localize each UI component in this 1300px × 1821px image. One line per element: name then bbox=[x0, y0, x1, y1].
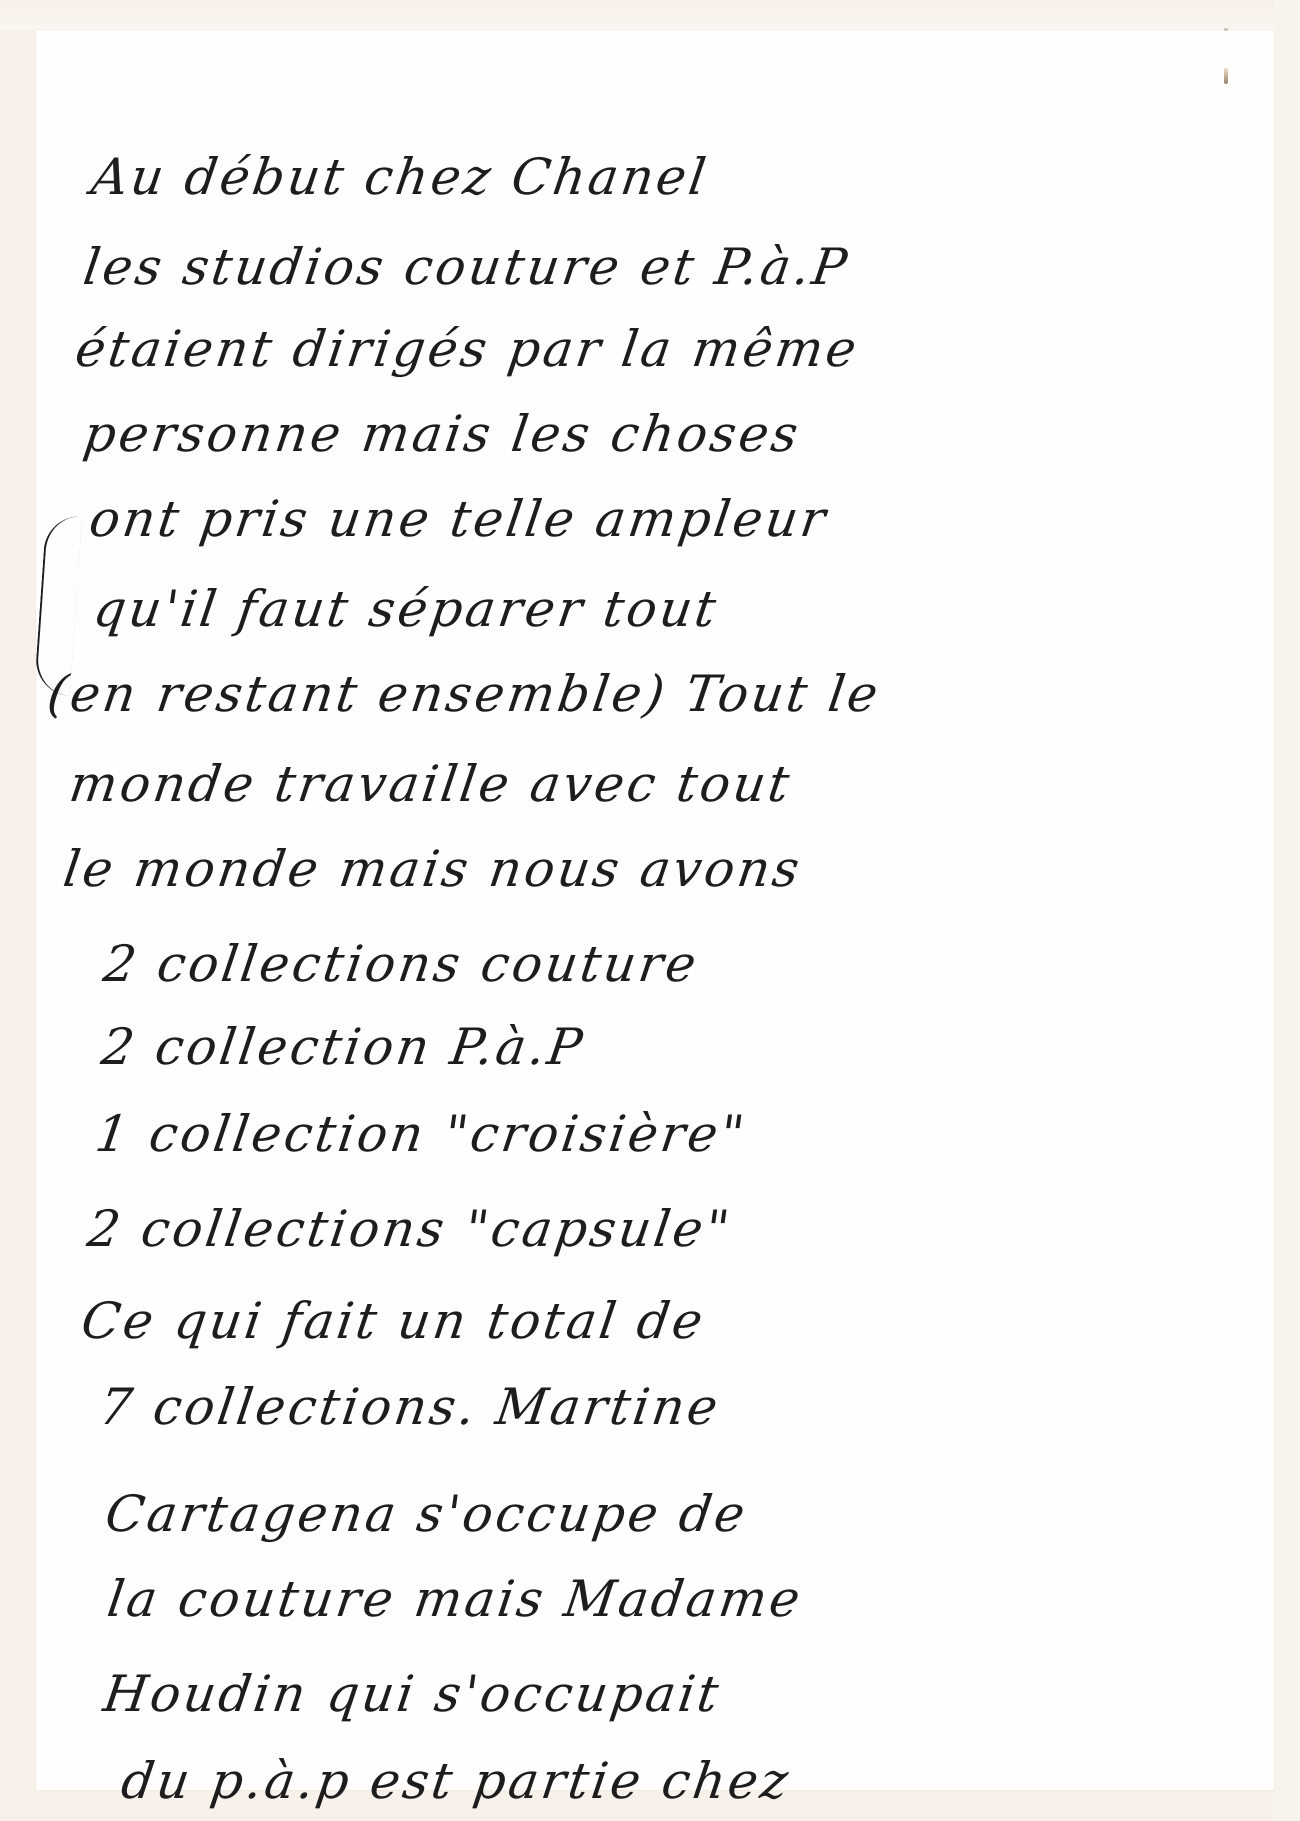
paper-top-edge bbox=[0, 0, 1300, 30]
text-line-9: le monde mais nous avons bbox=[60, 840, 806, 898]
text-line-17: la couture mais Madame bbox=[104, 1570, 806, 1628]
paper-speck-top bbox=[1224, 28, 1228, 31]
text-line-3: étaient dirigés par la même bbox=[72, 320, 863, 378]
list-item-croisiere: 1 collection "croisière" bbox=[92, 1105, 751, 1163]
list-item-couture: 2 collections couture bbox=[100, 935, 703, 993]
text-line-2: les studios couture et P.à.P bbox=[80, 238, 853, 296]
text-line-8: monde travaille avec tout bbox=[66, 755, 796, 813]
text-line-18: Houdin qui s'occupait bbox=[100, 1665, 725, 1723]
text-line-16: Cartagena s'occupe de bbox=[102, 1485, 751, 1543]
text-line-4: personne mais les choses bbox=[80, 405, 804, 463]
text-line-6: qu'il faut séparer tout bbox=[90, 580, 722, 638]
text-line-14: Ce qui fait un total de bbox=[78, 1292, 709, 1350]
text-line-1: Au début chez Chanel bbox=[88, 148, 712, 206]
text-line-5: ont pris une telle ampleur bbox=[86, 490, 832, 548]
paper-stain-mark bbox=[1224, 68, 1228, 84]
paper-right-edge bbox=[1274, 0, 1300, 1821]
text-line-7: (en restant ensemble) Tout le bbox=[44, 665, 884, 723]
text-line-19: du p.à.p est partie chez bbox=[118, 1752, 794, 1810]
text-line-15: 7 collections. Martine bbox=[96, 1378, 724, 1436]
list-item-capsule: 2 collections "capsule" bbox=[84, 1200, 736, 1258]
list-item-pap: 2 collection P.à.P bbox=[98, 1018, 589, 1076]
